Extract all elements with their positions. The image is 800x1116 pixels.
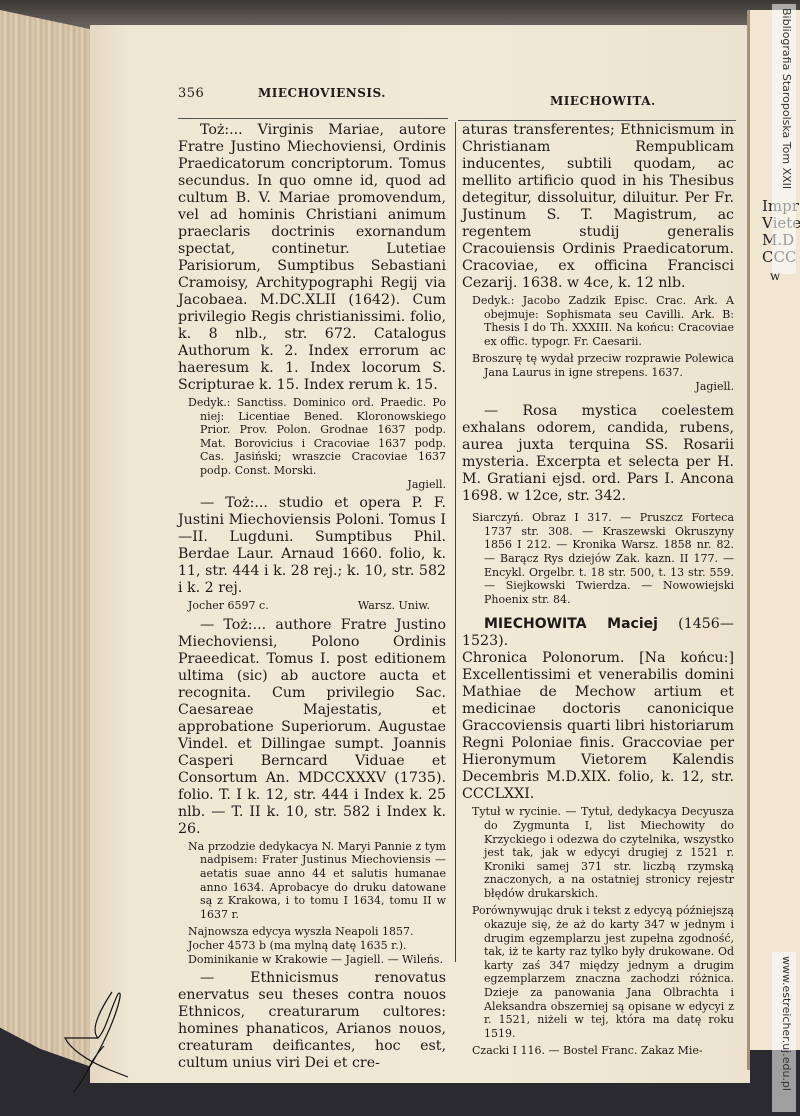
entry-note: Tytuł w rycinie. — Tytuł, dedykacya Decy… xyxy=(462,805,734,900)
header-rule-left xyxy=(178,118,448,119)
entry-paragraph: — Rosa mystica coelestem exhalans odorem… xyxy=(462,403,734,505)
signature-icon xyxy=(60,990,140,1100)
entry-paragraph: — Toż:... studio et opera P. F. Justini … xyxy=(178,495,446,597)
entry-note: Broszurę tę wydał przeciw rozprawie Pole… xyxy=(462,352,734,393)
right-running-head: MIECHOWITA. xyxy=(550,94,656,108)
left-column: Toż:... Virginis Mariae, autore Fratre J… xyxy=(178,122,446,1072)
entry-paragraph: Toż:... Virginis Mariae, autore Fratre J… xyxy=(178,122,446,394)
reference: Jocher 6597 c. xyxy=(200,599,269,613)
library-location: Jagiell. xyxy=(484,380,734,394)
author-name: MIECHOWITA Maciej xyxy=(484,616,658,632)
entry-paragraph: — Toż:... authore Fratre Justino Miechov… xyxy=(178,617,446,838)
column-divider xyxy=(455,122,456,962)
entry-note: Dedyk.: Sanctiss. Dominico ord. Praedic.… xyxy=(178,396,446,491)
entry-note: Dedyk.: Jacobo Zadzik Episc. Crac. Ark. … xyxy=(462,294,734,348)
entry-note: Jocher 6597 c. Warsz. Uniw. xyxy=(178,599,446,613)
note-text: Broszurę tę wydał przeciw rozprawie Pole… xyxy=(472,352,734,379)
entry-note: Na przodzie dedykacya N. Maryi Pannie z … xyxy=(178,840,446,922)
entry-note: Siarczyń. Obraz I 317. — Pruszcz Forteca… xyxy=(462,511,734,606)
entry-note: Najnowsza edycya wyszła Neapoli 1857. xyxy=(178,925,446,939)
page-stack-edges xyxy=(0,10,100,1070)
entry-heading: MIECHOWITA Maciej (1456—1523). xyxy=(462,616,734,650)
note-text: Dedyk.: Sanctiss. Dominico ord. Praedic.… xyxy=(188,396,446,477)
watermark-url[interactable]: www.estreicher.uj.edu.pl xyxy=(772,952,796,1112)
library-location: Jagiell. xyxy=(200,478,446,492)
entry-note: Czacki I 116. — Bostel Franc. Zakaz Mie- xyxy=(462,1044,734,1058)
entry-note: Jocher 4573 b (ma mylną datę 1635 r.). xyxy=(178,939,446,953)
entry-paragraph: Chronica Polonorum. [Na końcu:] Excellen… xyxy=(462,650,734,803)
entry-paragraph: — Ethnicismus renovatus enervatus seu th… xyxy=(178,970,446,1072)
entry-note: Dominikanie w Krakowie — Jagiell. — Wile… xyxy=(178,953,446,967)
header-rule-right xyxy=(458,120,736,121)
entry-paragraph: aturas transferentes; Ethnicismum in Chr… xyxy=(462,122,734,292)
left-running-head: MIECHOVIENSIS. xyxy=(258,86,386,100)
entry-note: Porównywując druk i tekst z edycyą późni… xyxy=(462,904,734,1040)
page-number: 356 xyxy=(178,86,204,101)
watermark-title: Bibliografia Staropolska Tom XXII xyxy=(772,4,796,274)
right-column: aturas transferentes; Ethnicismum in Chr… xyxy=(462,122,734,1062)
library-location: Warsz. Uniw. xyxy=(370,599,430,613)
